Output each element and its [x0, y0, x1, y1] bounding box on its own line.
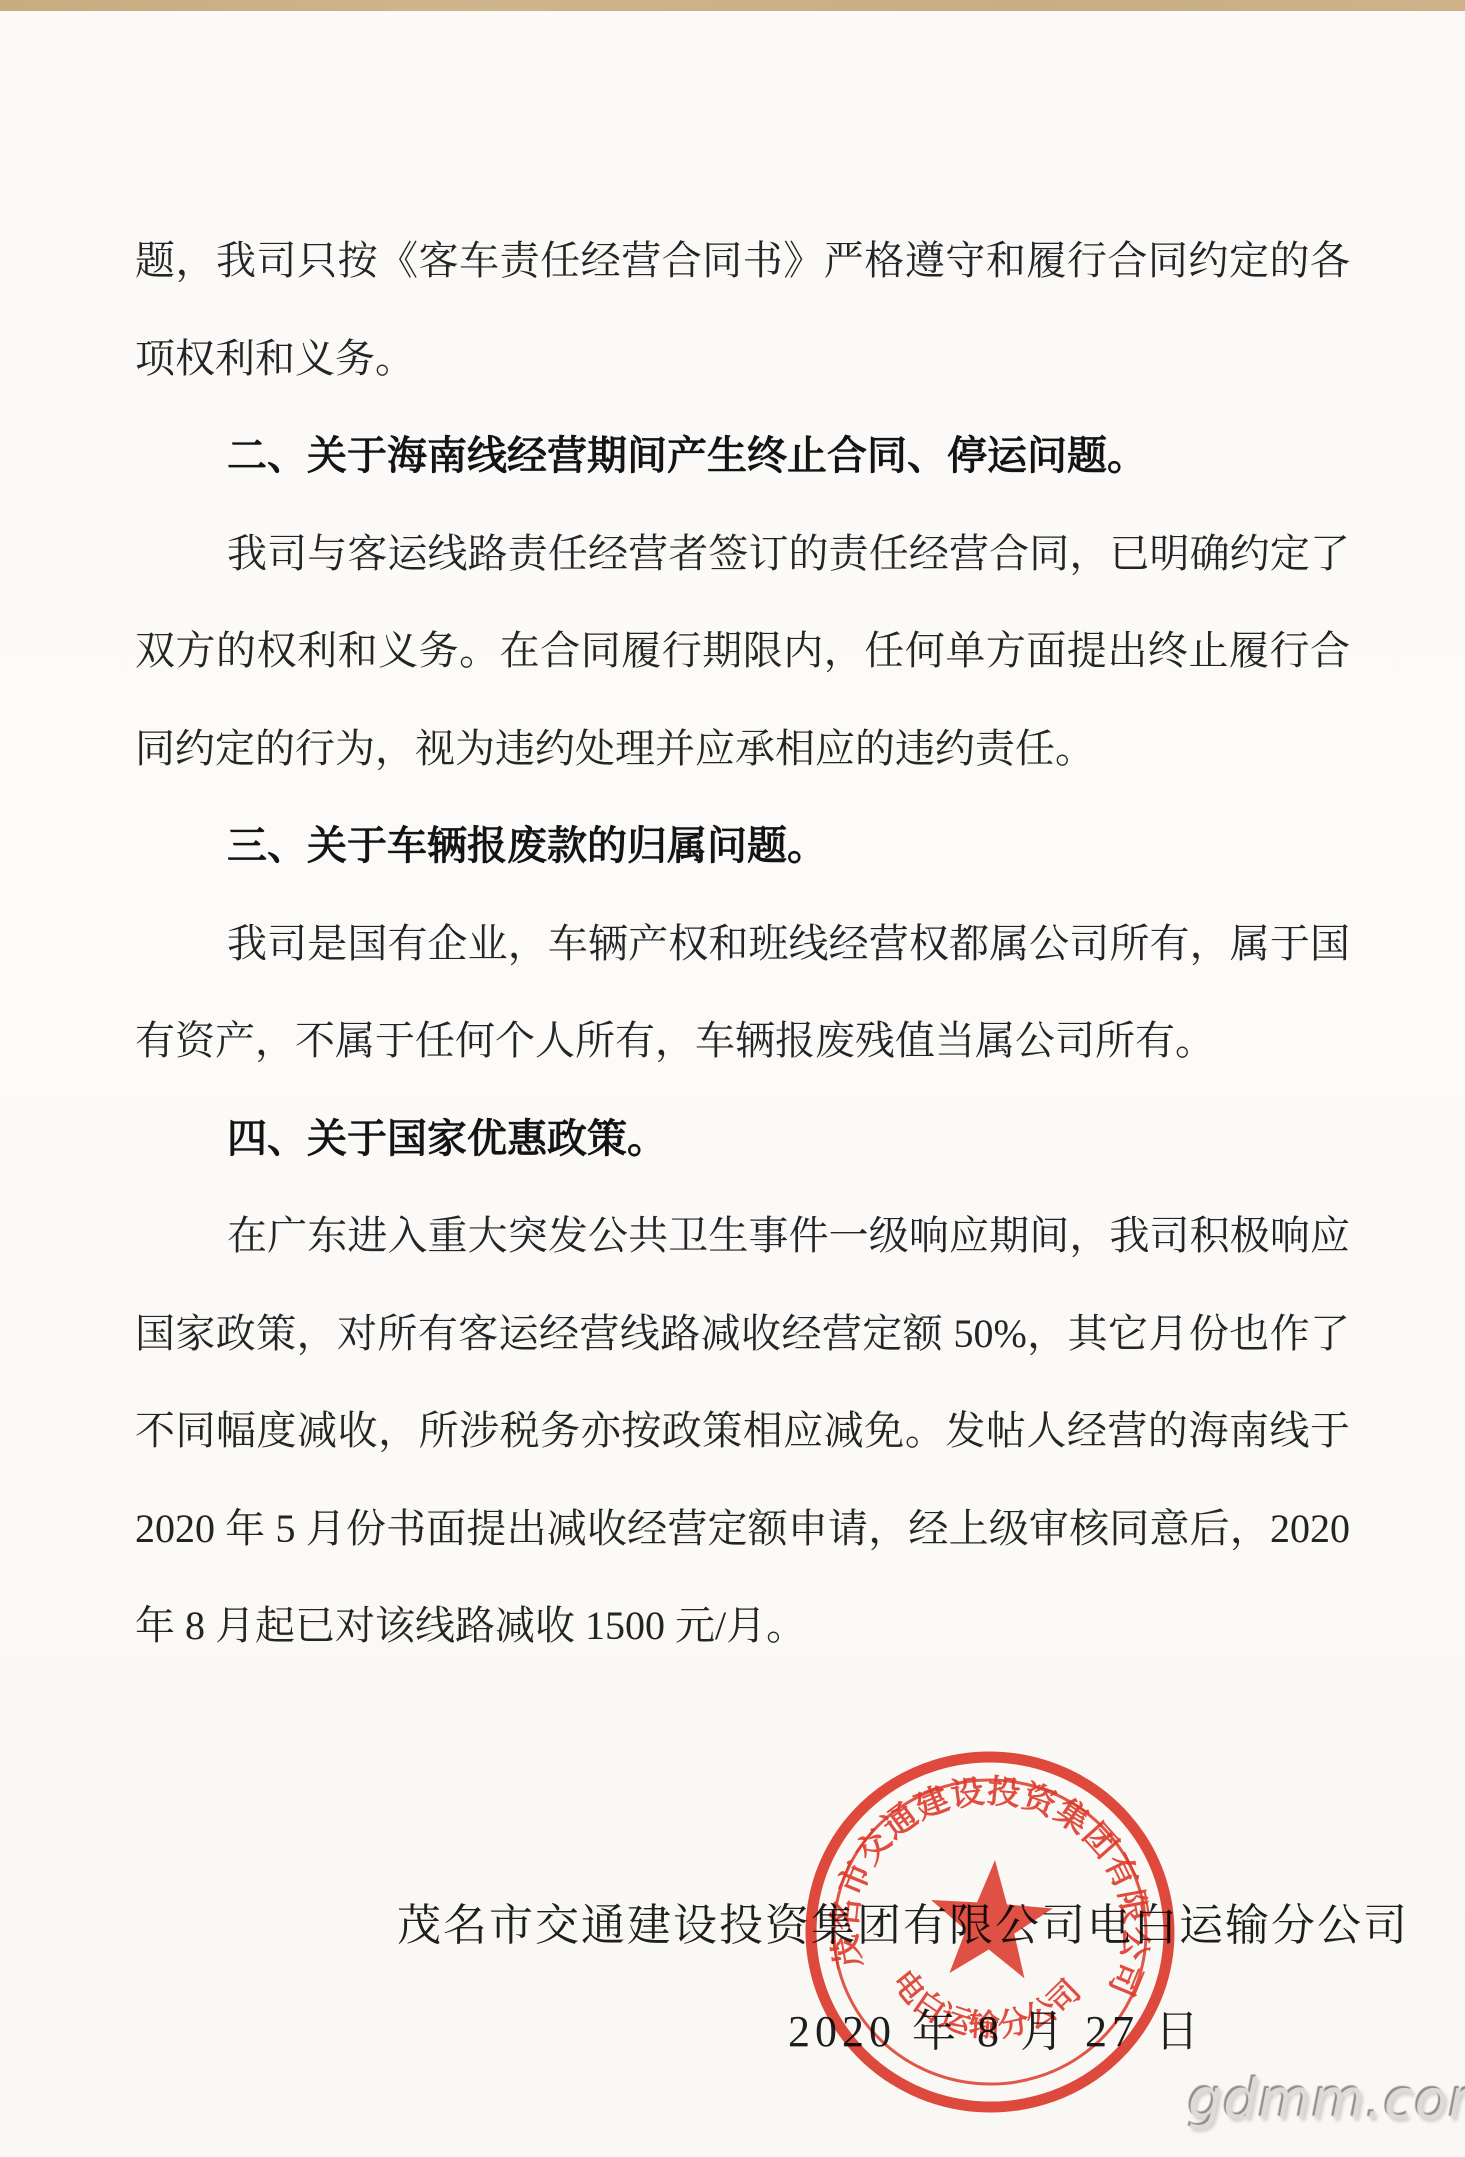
document-line: 2020 年 5 月份书面提出减收经营定额申请，经上级审核同意后，2020 — [135, 1480, 1350, 1578]
document-line: 项权利和义务。 — [135, 310, 1350, 408]
document-line: 题，我司只按《客车责任经营合同书》严格遵守和履行合同约定的各 — [135, 212, 1350, 310]
document-line: 我司是国有企业，车辆产权和班线经营权都属公司所有，属于国 — [135, 895, 1350, 993]
scan-top-edge — [0, 0, 1465, 11]
document-body: 题，我司只按《客车责任经营合同书》严格遵守和履行合同约定的各项权利和义务。二、关… — [135, 212, 1350, 1675]
document-line: 我司与客运线路责任经营者签订的责任经营合同，已明确约定了 — [135, 505, 1350, 603]
document-line: 年 8 月起已对该线路减收 1500 元/月。 — [135, 1577, 1350, 1675]
document-line: 不同幅度减收，所涉税务亦按政策相应减免。发帖人经营的海南线于 — [135, 1382, 1350, 1480]
site-watermark: gdmm.com — [1188, 2068, 1465, 2131]
document-line: 有资产，不属于任何个人所有，车辆报废残值当属公司所有。 — [135, 992, 1350, 1090]
document-line: 四、关于国家优惠政策。 — [135, 1090, 1350, 1188]
document-line: 同约定的行为，视为违约处理并应承相应的违约责任。 — [135, 700, 1350, 798]
scanned-document-page: 题，我司只按《客车责任经营合同书》严格遵守和履行合同约定的各项权利和义务。二、关… — [0, 0, 1465, 2157]
document-line: 三、关于车辆报废款的归属问题。 — [135, 797, 1350, 895]
document-line: 二、关于海南线经营期间产生终止合同、停运问题。 — [135, 407, 1350, 505]
document-line: 在广东进入重大突发公共卫生事件一级响应期间，我司积极响应 — [135, 1187, 1350, 1285]
official-seal: 茂名市交通建设投资集团有限公司 电白运输分公司 — [785, 1734, 1196, 2130]
seal-bottom-text: 电白运输分公司 — [882, 1960, 1090, 2050]
document-line: 双方的权利和义务。在合同履行期限内，任何单方面提出终止履行合 — [135, 602, 1350, 700]
seal-star-icon — [926, 1856, 1056, 1980]
svg-text:电白运输分公司: 电白运输分公司 — [882, 1960, 1090, 2050]
document-line: 国家政策，对所有客运经营线路减收经营定额 50%，其它月份也作了 — [135, 1285, 1350, 1383]
